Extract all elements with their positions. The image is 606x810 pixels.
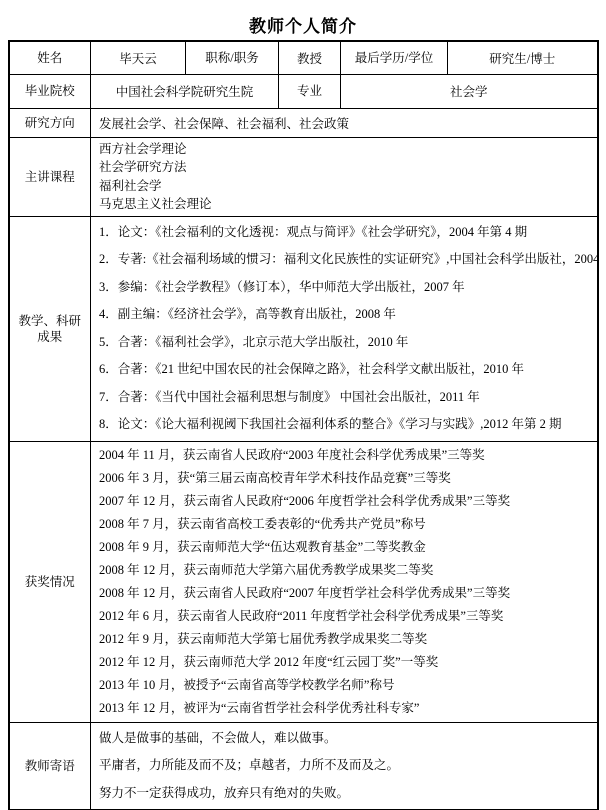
- course-item: 西方社会学理论: [99, 140, 593, 159]
- award-item: 2006 年 3 月，获“第三届云南高校青年学术科技作品竞赛”三等奖: [99, 467, 593, 490]
- achievement-item: 3．参编：《社会学教程》（修订本），华中师范大学出版社，2007 年: [99, 274, 593, 302]
- document-page: 教师个人简介 姓名 毕天云 职称/职务 教授 最后学历/学位 研究生/博士 毕业…: [0, 0, 606, 810]
- achievement-item: 4．副主编：《经济社会学》，高等教育出版社，2008 年: [99, 301, 593, 329]
- school-label: 毕业院校: [9, 74, 91, 108]
- award-item: 2012 年 12 月，获云南师范大学 2012 年度“红云园丁奖”一等奖: [99, 651, 593, 674]
- degree-value: 研究生/博士: [448, 41, 598, 74]
- achievement-item: 7．合著：《当代中国社会福利思想与制度》 中国社会出版社，2011 年: [99, 384, 593, 412]
- page-title: 教师个人简介: [0, 0, 606, 40]
- row-message: 教师寄语 做人是做事的基础，不会做人，难以做事。 平庸者，力所能及而不及；卓越者…: [9, 722, 598, 810]
- research-label: 研究方向: [9, 108, 91, 137]
- achievement-item: 1．论文：《社会福利的文化透视：观点与简评》《社会学研究》，2004 年第 4 …: [99, 219, 593, 247]
- achievement-item: 6．合著：《21 世纪中国农民的社会保障之路》，社会科学文献出版社，2010 年: [99, 356, 593, 384]
- achievements-label: 教学、科研成果: [9, 216, 91, 441]
- award-item: 2012 年 6 月，获云南省人民政府“2011 年度哲学社会科学优秀成果”三等…: [99, 605, 593, 628]
- name-value: 毕天云: [91, 41, 186, 74]
- courses-content: 西方社会学理论 社会学研究方法 福利社会学 马克思主义社会理论: [91, 137, 598, 216]
- award-item: 2013 年 10 月，被授予“云南省高等学校教学名师”称号: [99, 674, 593, 697]
- achievement-item: 8．论文：《论大福利视阈下我国社会福利体系的整合》《学习与实践》,2012 年第…: [99, 411, 593, 439]
- message-item: 努力不一定获得成功，放弃只有绝对的失败。: [99, 780, 593, 808]
- profile-table: 姓名 毕天云 职称/职务 教授 最后学历/学位 研究生/博士 毕业院校 中国社会…: [8, 40, 599, 810]
- message-label: 教师寄语: [9, 722, 91, 810]
- row-research: 研究方向 发展社会学、社会保障、社会福利、社会政策: [9, 108, 598, 137]
- post-label: 职称/职务: [186, 41, 279, 74]
- row-basic-2: 毕业院校 中国社会科学院研究生院 专业 社会学: [9, 74, 598, 108]
- achievement-item: 5．合著：《福利社会学》，北京示范大学出版社，2010 年: [99, 329, 593, 357]
- major-value: 社会学: [341, 74, 598, 108]
- message-item: 平庸者，力所能及而不及；卓越者，力所不及而及之。: [99, 752, 593, 780]
- award-item: 2008 年 9 月，获云南师范大学“伍达观教育基金”二等奖教金: [99, 536, 593, 559]
- post-value: 教授: [279, 41, 341, 74]
- research-value: 发展社会学、社会保障、社会福利、社会政策: [91, 108, 598, 137]
- row-courses: 主讲课程 西方社会学理论 社会学研究方法 福利社会学 马克思主义社会理论: [9, 137, 598, 216]
- message-content: 做人是做事的基础，不会做人，难以做事。 平庸者，力所能及而不及；卓越者，力所不及…: [91, 722, 598, 810]
- row-awards: 获奖情况 2004 年 11 月，获云南省人民政府“2003 年度社会科学优秀成…: [9, 441, 598, 722]
- courses-label: 主讲课程: [9, 137, 91, 216]
- achievements-content: 1．论文：《社会福利的文化透视：观点与简评》《社会学研究》，2004 年第 4 …: [91, 216, 598, 441]
- award-item: 2008 年 12 月，获云南省人民政府“2007 年度哲学社会科学优秀成果”三…: [99, 582, 593, 605]
- school-value: 中国社会科学院研究生院: [91, 74, 279, 108]
- award-item: 2008 年 12 月，获云南师范大学第六届优秀教学成果奖二等奖: [99, 559, 593, 582]
- awards-label: 获奖情况: [9, 441, 91, 722]
- award-item: 2012 年 9 月，获云南师范大学第七届优秀教学成果奖二等奖: [99, 628, 593, 651]
- course-item: 马克思主义社会理论: [99, 195, 593, 214]
- message-item: 做人是做事的基础，不会做人，难以做事。: [99, 725, 593, 753]
- award-item: 2004 年 11 月，获云南省人民政府“2003 年度社会科学优秀成果”三等奖: [99, 444, 593, 467]
- award-item: 2013 年 12 月，被评为“云南省哲学社会科学优秀社科专家”: [99, 697, 593, 720]
- award-item: 2008 年 7 月，获云南省高校工委表彰的“优秀共产党员”称号: [99, 513, 593, 536]
- course-item: 福利社会学: [99, 177, 593, 196]
- achievement-item: 2．专著:《社会福利场域的惯习：福利文化民族性的实证研究》,中国社会科学出版社，…: [99, 246, 593, 274]
- row-basic-1: 姓名 毕天云 职称/职务 教授 最后学历/学位 研究生/博士: [9, 41, 598, 74]
- name-label: 姓名: [9, 41, 91, 74]
- major-label: 专业: [279, 74, 341, 108]
- degree-label: 最后学历/学位: [341, 41, 448, 74]
- row-achievements: 教学、科研成果 1．论文：《社会福利的文化透视：观点与简评》《社会学研究》，20…: [9, 216, 598, 441]
- awards-content: 2004 年 11 月，获云南省人民政府“2003 年度社会科学优秀成果”三等奖…: [91, 441, 598, 722]
- award-item: 2007 年 12 月，获云南省人民政府“2006 年度哲学社会科学优秀成果”三…: [99, 490, 593, 513]
- course-item: 社会学研究方法: [99, 158, 593, 177]
